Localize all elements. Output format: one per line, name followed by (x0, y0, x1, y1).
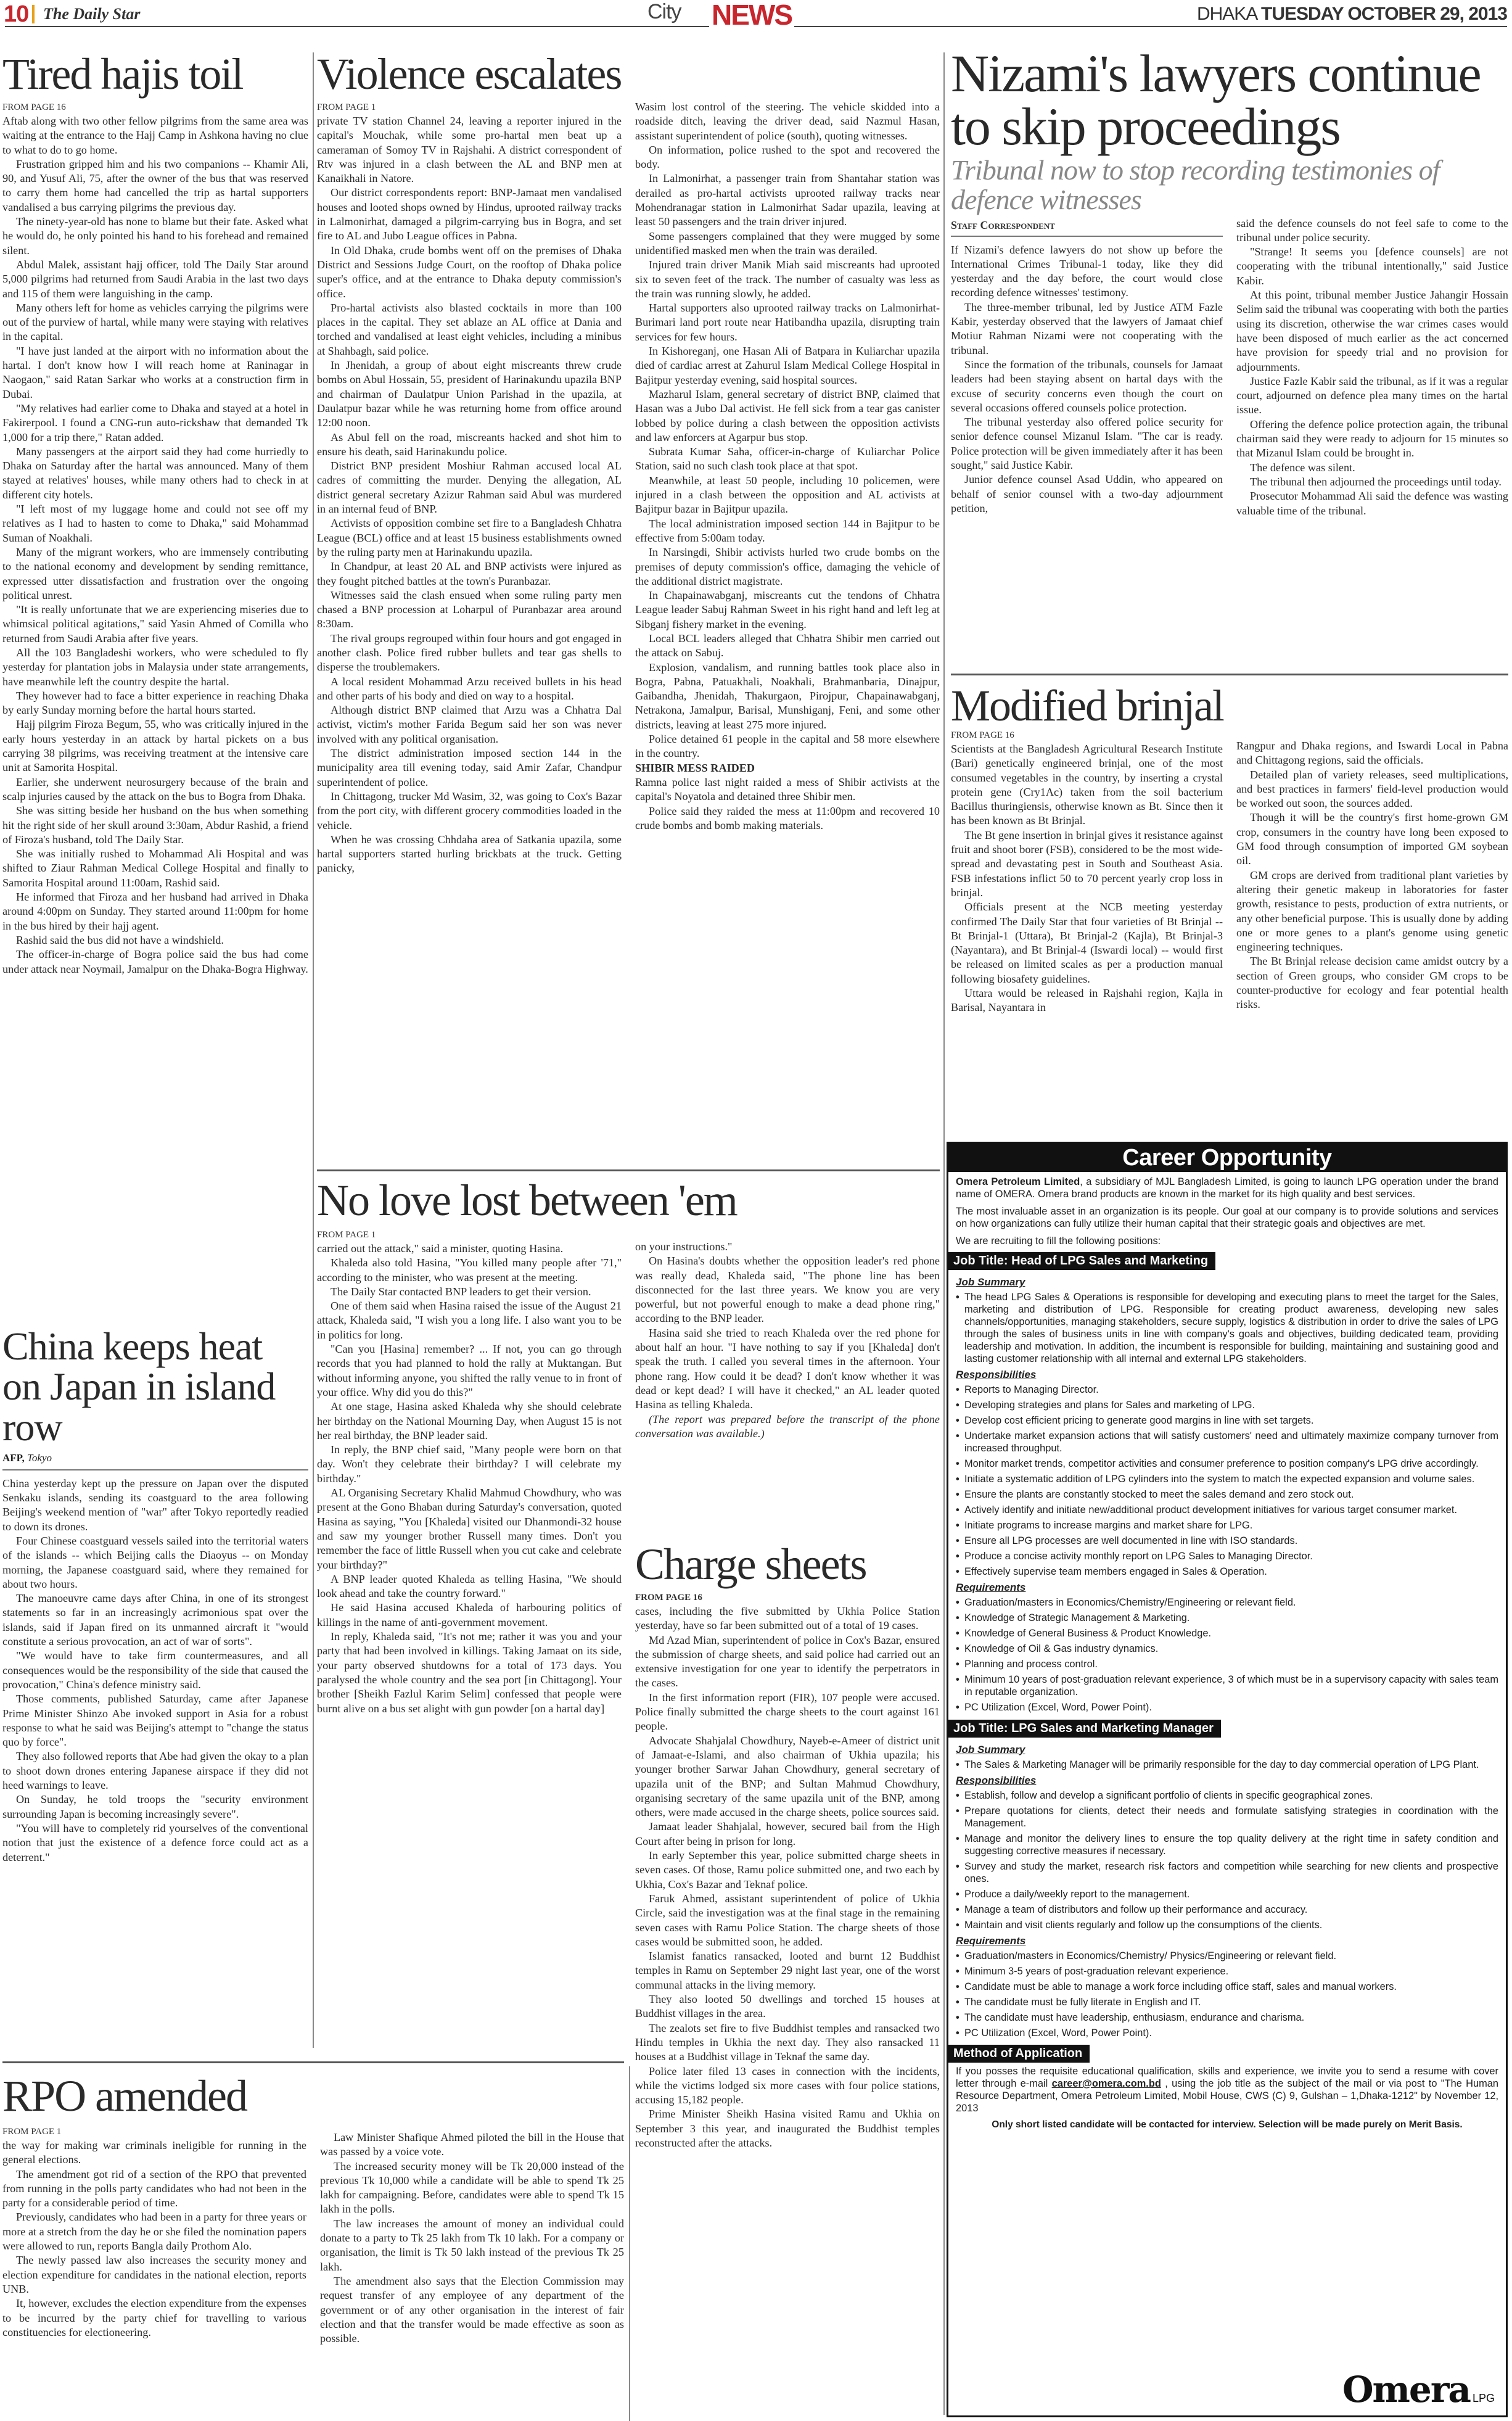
agency: AFP, (2, 1452, 25, 1464)
paragraph: They also looted 50 dwellings and torche… (635, 1992, 940, 2021)
headline: Violence escalates (317, 52, 940, 96)
list-item: Maintain and visit clients regularly and… (956, 1919, 1498, 1931)
paragraph: The rival groups regrouped within four h… (317, 632, 622, 675)
list-item: Initiate a systematic addition of LPG cy… (956, 1473, 1498, 1485)
paragraph: In early September this year, police sub… (635, 1849, 940, 1892)
paragraph: Subrata Kumar Saha, officer-in-charge of… (635, 445, 940, 474)
paragraph: Law Minister Shafique Ahmed piloted the … (320, 2130, 624, 2159)
headline: Modified brinjal (951, 683, 1508, 728)
article-body: Aftab along with two other fellow pilgri… (2, 114, 308, 976)
paragraph: Aftab along with two other fellow pilgri… (2, 114, 308, 157)
paragraph: She was initially rushed to Mohammad Ali… (2, 847, 308, 890)
paragraph: The Daily Star contacted BNP leaders to … (317, 1285, 622, 1299)
paragraph: They also followed reports that Abe had … (2, 1749, 308, 1792)
location: Tokyo (27, 1452, 52, 1464)
list-item: Develop cost efficient pricing to genera… (956, 1414, 1498, 1427)
paragraph: The three-member tribunal, led by Justic… (951, 300, 1223, 358)
paragraph: Pro-hartal activists also blasted cockta… (317, 301, 622, 358)
paragraph: The newly passed law also increases the … (2, 2253, 306, 2296)
masthead-logo: The Daily Star (43, 5, 140, 23)
paragraph: She was sitting beside her husband on th… (2, 804, 308, 847)
section-divider (951, 674, 1508, 675)
section-divider (317, 1169, 940, 1171)
article-column: on your instructions." On Hasina's doubt… (635, 1240, 940, 1573)
list-item: Prepare quotations for clients, detect t… (956, 1805, 1498, 1829)
paragraph: The Bt gene insertion in brinjal gives i… (951, 828, 1223, 900)
requirements-list: Graduation/masters in Economics/Chemistr… (956, 1596, 1498, 1714)
list-item: The Sales & Marketing Manager will be pr… (956, 1759, 1498, 1771)
paragraph: Though it will be the country's first ho… (1236, 810, 1508, 868)
headline: No love lost between 'em (317, 1178, 940, 1223)
logo-wordmark: Omera (1342, 2369, 1470, 2411)
list-item: Candidate must be able to manage a work … (956, 1981, 1498, 1993)
paragraph: Prime Minister Sheikh Hasina visited Ram… (635, 2107, 940, 2150)
article-body: cases, including the five submitted by U… (635, 1604, 940, 2150)
paragraph: The defence was silent. (1236, 461, 1508, 475)
paragraph: Police said they raided the mess at 11:0… (635, 804, 940, 833)
dateline-city: DHAKA (1197, 4, 1257, 24)
responsibilities-list: Establish, follow and develop a signific… (956, 1789, 1498, 1931)
list-item: Survey and study the market, research ri… (956, 1860, 1498, 1885)
paragraph: cases, including the five submitted by U… (635, 1604, 940, 1633)
paragraph: "I left most of my luggage home and coul… (2, 502, 308, 545)
headline: China keeps heat on Japan in island row (2, 1326, 308, 1447)
page-number: 10 (4, 1, 28, 28)
page-number-divider (32, 5, 35, 23)
paragraph: The amendment got rid of a section of th… (2, 2167, 306, 2211)
paragraph: Some passengers complained that they wer… (635, 229, 940, 258)
paragraph: One of them said when Hasina raised the … (317, 1299, 622, 1342)
paragraph: Those comments, published Saturday, came… (2, 1692, 308, 1749)
paragraph: A BNP leader quoted Khaleda as telling H… (317, 1572, 622, 1601)
paragraph: He informed that Firoza and her husband … (2, 890, 308, 933)
list-item: Planning and process control. (956, 1658, 1498, 1670)
paragraph: "It is really unfortunate that we are ex… (2, 603, 308, 646)
paragraph: on your instructions." (635, 1240, 940, 1254)
paragraph: The ninety-year-old has none to blame bu… (2, 215, 308, 258)
paragraph: Four Chinese coastguard vessels sailed i… (2, 1534, 308, 1591)
dateline: DHAKA TUESDAY OCTOBER 29, 2013 (1197, 4, 1507, 25)
paragraph: "Strange! It seems you [defence counsels… (1236, 245, 1508, 288)
paragraph: Scientists at the Bangladesh Agricultura… (951, 742, 1223, 828)
paragraph: In Chittagong, trucker Md Wasim, 32, was… (317, 790, 622, 833)
article-charge-sheets: Charge sheets FROM PAGE 16 cases, includ… (635, 1542, 940, 2418)
paragraph: Faruk Ahmed, assistant superintendent of… (635, 1892, 940, 1949)
paragraph: At one stage, Hasina asked Khaleda why s… (317, 1400, 622, 1443)
paragraph: Rashid said the bus did not have a winds… (2, 933, 308, 947)
paragraph: Wasim lost control of the steering. The … (635, 100, 940, 143)
paragraph: Explosion, vandalism, and running battle… (635, 661, 940, 732)
kicker: FROM PAGE 1 (2, 2127, 306, 2137)
paragraph: Jamaat leader Shahjalal, however, secure… (635, 1820, 940, 1849)
column-rule (943, 52, 945, 2415)
list-item: Reports to Managing Director. (956, 1384, 1498, 1396)
paragraph: "You will have to completely rid yoursel… (2, 1821, 308, 1865)
paragraph: Officials present at the NCB meeting yes… (951, 900, 1223, 986)
paragraph: They however had to face a bitter experi… (2, 689, 308, 718)
paragraph: "Can you [Hasina] remember? ... If not, … (317, 1342, 622, 1400)
article-column: Rangpur and Dhaka regions, and Iswardi L… (1236, 739, 1508, 1015)
paragraph: The Bt Brinjal release decision came ami… (1236, 954, 1508, 1012)
section-label: Requirements (956, 1582, 1498, 1594)
omera-logo: OmeraLPG (1342, 2369, 1495, 2411)
paragraph: In Old Dhaka, crude bombs went off on th… (317, 244, 622, 301)
paragraph: "We would have to take firm countermeasu… (2, 1649, 308, 1692)
paragraph: Offering the defence police protection a… (1236, 418, 1508, 461)
paragraph: The district administration imposed sect… (317, 746, 622, 790)
section-label: Responsibilities (956, 1369, 1498, 1381)
paragraph: Meanwhile, at least 50 people, including… (635, 474, 940, 517)
paragraph: "I have just landed at the airport with … (2, 344, 308, 402)
list-item: Produce a concise activity monthly repor… (956, 1550, 1498, 1562)
paragraph: Ramna police last night raided a mess of… (635, 775, 940, 804)
paragraph: In Jhenidah, a group of about eight misc… (317, 358, 622, 430)
paragraph: Advocate Shahjalal Chowdhury, Nayeb-e-Am… (635, 1734, 940, 1820)
list-item: Developing strategies and plans for Sale… (956, 1399, 1498, 1411)
paragraph: Hartal supporters also uprooted railway … (635, 301, 940, 344)
list-item: Manage and monitor the delivery lines to… (956, 1833, 1498, 1857)
ad-mission: The most invaluable asset in an organiza… (956, 1205, 1498, 1230)
article-column: FROM PAGE 1 carried out the attack," sai… (317, 1227, 622, 2042)
paragraph: Uttara would be released in Rajshahi reg… (951, 986, 1223, 1015)
article-column: said the defence counsels do not feel sa… (1236, 217, 1508, 518)
list-item: Graduation/masters in Economics/Chemistr… (956, 1596, 1498, 1609)
paragraph: Detailed plan of variety releases, seed … (1236, 768, 1508, 811)
paragraph: A local resident Mohammad Arzu received … (317, 675, 622, 704)
list-item: Monitor market trends, competitor activi… (956, 1458, 1498, 1470)
paragraph: In reply, Khaleda said, "It's not me; ra… (317, 1630, 622, 1716)
paragraph: Many of the migrant workers, who are imm… (2, 545, 308, 603)
paragraph: Our district correspondents report: BNP-… (317, 186, 622, 243)
paragraph: He said Hasina accused Khaleda of harbou… (317, 1601, 622, 1630)
subheadline: Tribunal now to stop recording testimoni… (951, 155, 1508, 215)
headline: RPO amended (2, 2074, 624, 2118)
paragraph: Since the formation of the tribunals, co… (951, 358, 1223, 415)
job-title-head: Job Title: Head of LPG Sales and Marketi… (948, 1252, 1215, 1270)
list-item: Knowledge of Strategic Management & Mark… (956, 1612, 1498, 1624)
paragraph: Witnesses said the clash ensued when som… (317, 588, 622, 632)
list-item: Knowledge of General Business & Product … (956, 1627, 1498, 1639)
shortlist-note: Only short listed candidate will be cont… (956, 2119, 1498, 2130)
company-name: Omera Petroleum Limited (956, 1176, 1080, 1187)
job-summary-list: The head LPG Sales & Operations is respo… (956, 1291, 1498, 1365)
list-item: Minimum 3-5 years of post-graduation rel… (956, 1965, 1498, 1978)
list-item: The head LPG Sales & Operations is respo… (956, 1291, 1498, 1365)
article-tired-hajis: Tired hajis toil FROM PAGE 16 Aftab alon… (2, 52, 308, 1325)
article-column: FROM PAGE 16 Scientists at the Banglades… (951, 729, 1223, 1015)
job-title-manager: Job Title: LPG Sales and Marketing Manag… (948, 1720, 1221, 1738)
article-column: FROM PAGE 1 the way for making war crimi… (2, 2127, 306, 2346)
paragraph: The zealots set fire to five Buddhist te… (635, 2021, 940, 2064)
list-item: Undertake market expansion actions that … (956, 1430, 1498, 1454)
paragraph: The amendment also says that the Electio… (320, 2274, 624, 2346)
paragraph: Md Azad Mian, superintendent of police i… (635, 1633, 940, 1691)
paragraph: Many passengers at the airport said they… (2, 445, 308, 502)
dateline-date: TUESDAY OCTOBER 29, 2013 (1261, 4, 1507, 24)
article-column: FROM PAGE 1 private TV station Channel 2… (317, 100, 622, 1149)
list-item: Ensure the plants are constantly stocked… (956, 1488, 1498, 1501)
career-opportunity-ad: Career Opportunity Omera Petroleum Limit… (947, 1142, 1508, 2417)
list-item: The candidate must have leadership, enth… (956, 2011, 1498, 2024)
section-news-label: NEWS (709, 0, 794, 30)
kicker: FROM PAGE 1 (317, 102, 622, 113)
logo-suffix: LPG (1473, 2392, 1495, 2404)
paragraph: Police detained 61 people in the capital… (635, 732, 940, 761)
ad-intro: Omera Petroleum Limited, a subsidiary of… (956, 1176, 1498, 1200)
list-item: The candidate must be fully literate in … (956, 1996, 1498, 2008)
paragraph: Activists of opposition combine set fire… (317, 516, 622, 559)
paragraph: The law increases the amount of money an… (320, 2217, 624, 2274)
paragraph: In Lalmonirhat, a passenger train from S… (635, 171, 940, 229)
paragraph: In reply, the BNP chief said, "Many peop… (317, 1443, 622, 1486)
paragraph: In Chapainawabganj, miscreants cut the t… (635, 588, 940, 632)
paragraph: In Narsingdi, Shibir activists hurled tw… (635, 545, 940, 588)
job-summary-list: The Sales & Marketing Manager will be pr… (956, 1759, 1498, 1771)
kicker: FROM PAGE 16 (951, 730, 1223, 741)
list-item: Ensure all LPG processes are well docume… (956, 1535, 1498, 1547)
paragraph: GM crops are derived from traditional pl… (1236, 868, 1508, 955)
list-item: Actively identify and initiate new/addit… (956, 1504, 1498, 1516)
paragraph: In Chandpur, at least 20 AL and BNP acti… (317, 559, 622, 588)
paragraph: carried out the attack," said a minister… (317, 1242, 622, 1256)
paragraph: At this point, tribunal member Justice J… (1236, 288, 1508, 374)
paragraph: In the first information report (FIR), 1… (635, 1691, 940, 1734)
headline: Tired hajis toil (2, 52, 308, 96)
headline: Nizami's lawyers continue to skip procee… (951, 47, 1508, 153)
list-item: PC Utilization (Excel, Word, Power Point… (956, 2027, 1498, 2039)
article-modified-brinjal: Modified brinjal FROM PAGE 16 Scientists… (951, 678, 1508, 1135)
list-item: Knowledge of Oil & Gas industry dynamics… (956, 1643, 1498, 1655)
byline: Staff Correspondent (951, 219, 1223, 237)
paragraph: The tribunal yesterday also offered poli… (951, 415, 1223, 472)
paragraph: Hasina said she tried to reach Khaleda o… (635, 1326, 940, 1413)
paragraph: As Abul fell on the road, miscreants hac… (317, 431, 622, 460)
list-item: PC Utilization (Excel, Word, Power Point… (956, 1701, 1498, 1714)
paragraph: China yesterday kept up the pressure on … (2, 1477, 308, 1534)
section-label: Responsibilities (956, 1775, 1498, 1787)
section-label: Job Summary (956, 1744, 1498, 1756)
editor-note: (The report was prepared before the tran… (635, 1413, 940, 1441)
byline: AFP, Tokyo (2, 1452, 308, 1470)
article-rpo-amended: RPO amended FROM PAGE 1 the way for maki… (2, 2066, 624, 2421)
article-column: Wasim lost control of the steering. The … (635, 100, 940, 1149)
paragraph: The officer-in-charge of Bogra police sa… (2, 947, 308, 976)
ad-recruiting: We are recruiting to fill the following … (956, 1235, 1498, 1247)
paragraph: Islamist fanatics ransacked, looted and … (635, 1949, 940, 1992)
paragraph: Frustration gripped him and his two comp… (2, 157, 308, 215)
paragraph: the way for making war criminals ineligi… (2, 2138, 306, 2167)
section-label: Job Summary (956, 1276, 1498, 1289)
responsibilities-list: Reports to Managing Director. Developing… (956, 1384, 1498, 1578)
list-item: Manage a team of distributors and follow… (956, 1903, 1498, 1916)
article-china-japan: China keeps heat on Japan in island row … (2, 1326, 308, 2045)
paragraph: Hajj pilgrim Firoza Begum, 55, who was c… (2, 717, 308, 775)
paragraph: Mazharul Islam, general secretary of dis… (635, 387, 940, 445)
requirements-list: Graduation/masters in Economics/Chemistr… (956, 1950, 1498, 2039)
paragraph: On Sunday, he told troops the "security … (2, 1792, 308, 1821)
list-item: Initiate programs to increase margins an… (956, 1519, 1498, 1532)
kicker: FROM PAGE 1 (317, 1230, 622, 1240)
paragraph: Rangpur and Dhaka regions, and Iswardi L… (1236, 739, 1508, 768)
headline: Charge sheets (635, 1542, 940, 1586)
section-divider (2, 2061, 624, 2063)
paragraph: Earlier, she underwent neurosurgery beca… (2, 775, 308, 804)
article-column: Staff Correspondent If Nizami's defence … (951, 217, 1223, 518)
paragraph: The local administration imposed section… (635, 517, 940, 546)
column-rule (313, 52, 314, 2048)
list-item: Minimum 10 years of post-graduation rele… (956, 1673, 1498, 1698)
paragraph: "My relatives had earlier come to Dhaka … (2, 402, 308, 445)
kicker: FROM PAGE 16 (635, 1593, 940, 1603)
paragraph: When he was crossing Chhdaha area of Sat… (317, 833, 622, 876)
paragraph: The increased security money will be Tk … (320, 2159, 624, 2217)
paragraph: said the defence counsels do not feel sa… (1236, 217, 1508, 245)
paragraph: Previously, candidates who had been in a… (2, 2210, 306, 2253)
paragraph: Prosecutor Mohammad Ali said the defence… (1236, 489, 1508, 518)
paragraph: In Kishoreganj, one Hasan Ali of Batpara… (635, 344, 940, 387)
paragraph: AL Organising Secretary Khalid Mahmud Ch… (317, 1486, 622, 1572)
paragraph: Justice Fazle Kabir said the tribunal, a… (1236, 374, 1508, 418)
paragraph: Injured train driver Manik Miah said mis… (635, 258, 940, 301)
ad-title: Career Opportunity (948, 1144, 1506, 1172)
article-column: Law Minister Shafique Ahmed piloted the … (320, 2130, 624, 2346)
list-item: Establish, follow and develop a signific… (956, 1789, 1498, 1802)
paragraph: Many others left for home as vehicles ca… (2, 301, 308, 344)
career-email-link[interactable]: career@omera.com.bd (1052, 2078, 1161, 2089)
paragraph: It, however, excludes the election expen… (2, 2296, 306, 2340)
section-label: Requirements (956, 1935, 1498, 1947)
column-rule (629, 2066, 630, 2421)
method-of-application-label: Method of Application (948, 2045, 1090, 2063)
paragraph: Although district BNP claimed that Arzu … (317, 703, 622, 746)
paragraph: Junior defence counsel Asad Uddin, who a… (951, 472, 1223, 516)
list-item: Graduation/masters in Economics/Chemistr… (956, 1950, 1498, 1962)
list-item: Produce a daily/weekly report to the man… (956, 1888, 1498, 1900)
article-violence-escalates: Violence escalates FROM PAGE 1 private T… (317, 52, 940, 1156)
paragraph: Khaleda also told Hasina, "You killed ma… (317, 1256, 622, 1285)
paragraph: If Nizami's defence lawyers do not show … (951, 243, 1223, 300)
paragraph: On information, police rushed to the spo… (635, 143, 940, 172)
paragraph: The manoeuvre came days after China, in … (2, 1591, 308, 1649)
article-body: China yesterday kept up the pressure on … (2, 1477, 308, 1865)
paragraph: Police later filed 13 cases in connectio… (635, 2064, 940, 2108)
page-header: 10 The Daily Star City NEWS DHAKA TUESDA… (0, 0, 1512, 32)
application-instructions: If you posses the requisite educational … (956, 2065, 1498, 2114)
article-nizami: Nizami's lawyers continue to skip procee… (951, 47, 1508, 670)
list-item: Effectively supervise team members engag… (956, 1565, 1498, 1578)
section-label: City (647, 0, 681, 24)
paragraph: private TV station Channel 24, leaving a… (317, 114, 622, 186)
paragraph: Abdul Malek, assistant hajj officer, tol… (2, 258, 308, 301)
paragraph: Local BCL leaders alleged that Chhatra S… (635, 632, 940, 661)
kicker: FROM PAGE 16 (2, 102, 308, 113)
subhead: SHIBIR MESS RAIDED (635, 761, 940, 775)
paragraph: District BNP president Moshiur Rahman ac… (317, 459, 622, 516)
paragraph: All the 103 Bangladeshi workers, who wer… (2, 646, 308, 689)
paragraph: On Hasina's doubts whether the oppositio… (635, 1254, 940, 1326)
paragraph: The tribunal then adjourned the proceedi… (1236, 475, 1508, 489)
